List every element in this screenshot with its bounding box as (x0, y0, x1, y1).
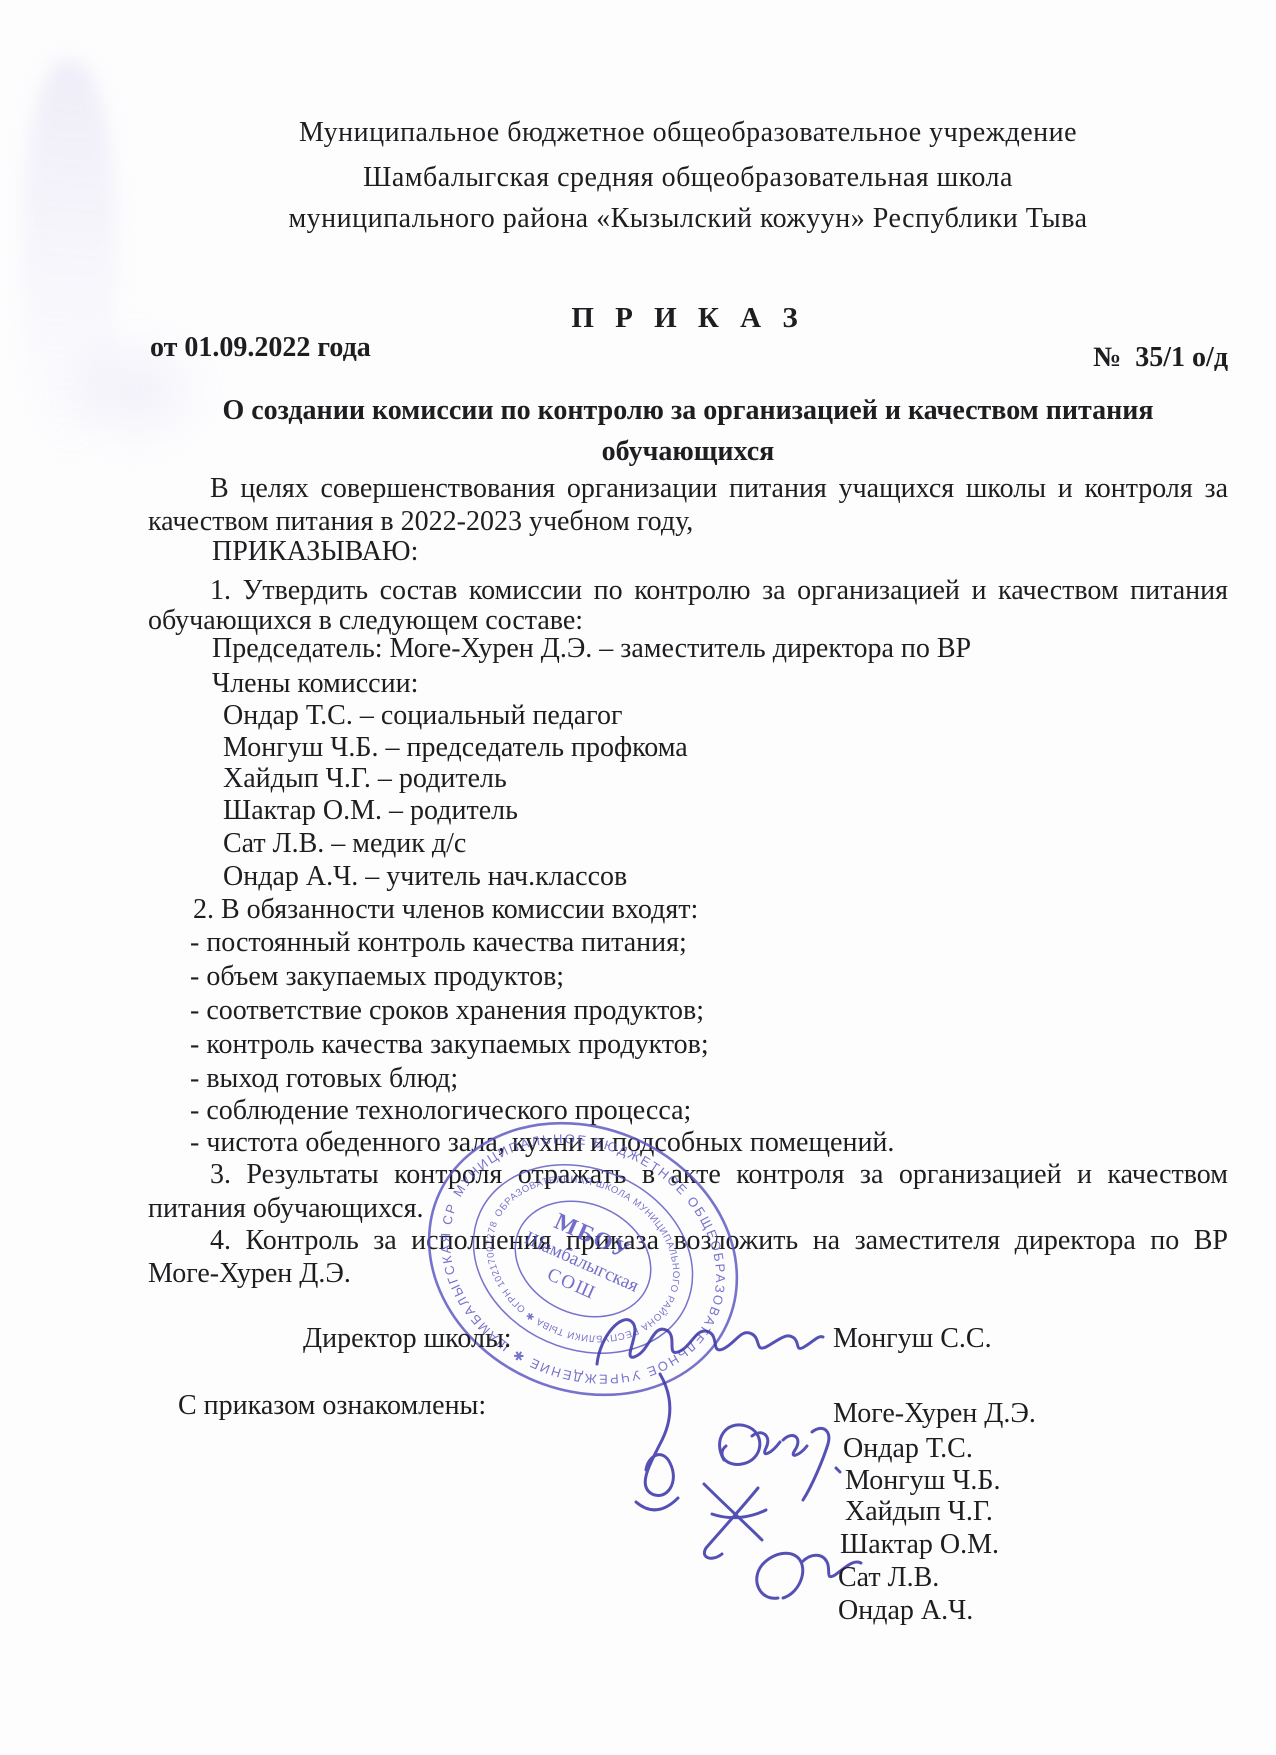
member-line: Ондар Т.С. – социальный педагог (223, 699, 622, 732)
intro-paragraph-line: качеством питания в 2022-2023 учебном го… (148, 505, 693, 538)
item1-line: 1. Утвердить состав комиссии по контролю… (148, 574, 1228, 607)
duty-line: - выход готовых блюд; (190, 1062, 458, 1095)
ack-name: Монгуш Ч.Б. (845, 1464, 1001, 1497)
duty-line: - объем закупаемых продуктов; (190, 960, 564, 993)
director-name: Монгуш С.С. (833, 1322, 992, 1355)
duty-line: - соответствие сроков хранения продуктов… (190, 994, 704, 1027)
acknowledged-label: С приказом ознакомлены: (178, 1389, 486, 1422)
item3-line: питания обучающихся. (148, 1192, 423, 1225)
duty-line: - контроль качества закупаемых продуктов… (190, 1028, 709, 1061)
duty-line: - постоянный контроль качества питания; (190, 926, 687, 959)
chairman-line: Председатель: Моге-Хурен Д.Э. – заместит… (212, 632, 971, 665)
resolve-word: ПРИКАЗЫВАЮ: (212, 535, 418, 568)
stamp-inner-border (497, 1180, 670, 1337)
scan-smudge-artifact (22, 60, 117, 460)
members-caption: Члены комиссии: (212, 667, 418, 700)
scanned-order-document: Муниципальное бюджетное общеобразователь… (0, 0, 1276, 1755)
letterhead-line: Муниципальное бюджетное общеобразователь… (148, 116, 1228, 149)
duty-line: - чистота обеденного зала, кухни и подсо… (190, 1126, 894, 1159)
director-signature (597, 1320, 823, 1364)
director-label: Директор школы: (303, 1322, 512, 1355)
subject-line: обучающихся (148, 435, 1228, 468)
item4-line: Моге-Хурен Д.Э. (148, 1257, 351, 1290)
member-line: Ондар А.Ч. – учитель нач.классов (223, 860, 627, 893)
ack-name: Шактар О.М. (840, 1528, 999, 1561)
ack-name: Моге-Хурен Д.Э. (833, 1397, 1036, 1430)
order-number: № 35/1 о/д (148, 341, 1228, 374)
subject-line: О создании комиссии по контролю за орган… (148, 394, 1228, 427)
item3-line: 3. Результаты контроля отражать в акте к… (148, 1158, 1228, 1191)
ack-name: Ондар А.Ч. (838, 1594, 973, 1627)
signature-flourish (636, 1374, 678, 1510)
member-line: Монгуш Ч.Б. – председатель профкома (223, 731, 688, 764)
ondar-signature (720, 1425, 840, 1500)
member-line: Шактар О.М. – родитель (223, 794, 518, 827)
stamp-center-line: СОШ (544, 1264, 600, 1304)
intro-paragraph-line: В целях совершенствования организации пи… (148, 472, 1228, 505)
letterhead-line: муниципального района «Кызылский кожуун»… (148, 202, 1228, 235)
duty-line: - соблюдение технологического процесса; (190, 1094, 691, 1127)
ack-name: Ондар Т.С. (843, 1432, 973, 1465)
item4-line: 4. Контроль за исполнения приказа возлож… (148, 1224, 1228, 1257)
member-line: Сат Л.В. – медик д/с (223, 827, 466, 860)
item2-line: 2. В обязанности членов комиссии входят: (193, 893, 698, 926)
letterhead-line: Шамбалыгская средняя общеобразовательная… (148, 161, 1228, 194)
ack-name: Сат Л.В. (838, 1561, 939, 1594)
member-line: Хайдып Ч.Г. – родитель (223, 762, 507, 795)
ack-name: Хайдып Ч.Г. (845, 1495, 993, 1528)
khaidyp-signature (704, 1484, 766, 1558)
